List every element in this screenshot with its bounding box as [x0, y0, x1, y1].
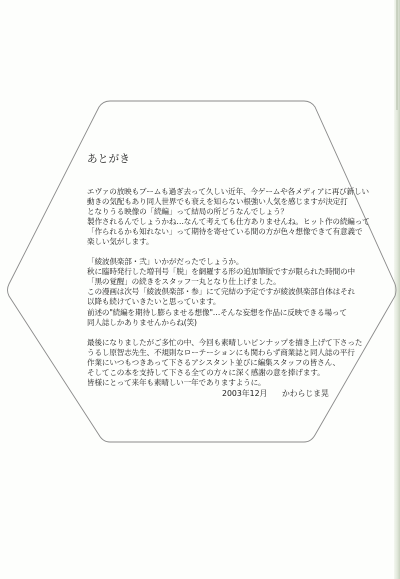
paragraph-1: エヴァの放映もブームも過ぎ去って久しい近年、今ゲームや各メディアに再び新しい 動… [87, 187, 347, 247]
text-line: 製作されるんでしょうかね…なんて考えても仕方ありませんね。ヒット作の続編って [87, 217, 347, 227]
text-line: 以降も続けていきたいと思っています。 [87, 297, 347, 307]
text-line: そしてこの本を支持して下さる全ての方々に深く感謝の意を捧げます。 [87, 368, 347, 378]
text-line: 同人誌しかありませんからね(笑) [87, 318, 347, 328]
paragraph-3: 最後になりましたがご多忙の中、今回も素晴しいピンナップを描き上げて下さった うる… [87, 338, 347, 388]
signature-date: 2003年12月 [222, 388, 267, 399]
text-line: 最後になりましたがご多忙の中、今回も素晴しいピンナップを描き上げて下さった [87, 338, 347, 348]
text-line: 皆様にとって来年も素晴しい一年でありますように。 [87, 378, 347, 388]
text-line: 動きの気配もあり同人世界でも衰えを知らない根強い人気を感じますが決定打 [87, 197, 347, 207]
text-line: 前述の"続編を期待し膨らませる想像"…そんな妄想を作品に反映できる場って [87, 308, 347, 318]
paragraph-2: 「綾波倶楽部・弐」いかがだったでしょうか。 秋に臨時発行した増刊号「脱」を網羅す… [87, 257, 347, 327]
text-line: 秋に臨時発行した増刊号「脱」を網羅する形の追加筆版ですが限られた時間の中 [87, 267, 347, 277]
text-line: この漫画は次号「綾波倶楽部・参」にて完結の予定ですが綾波倶楽部自体はそれ [87, 287, 347, 297]
text-line: 「黒の覚醒」の続きをスタッフ一丸となり仕上げました。 [87, 277, 347, 287]
signature-author: かわらじま晃 [282, 388, 329, 399]
afterword-title: あとがき [87, 151, 130, 166]
text-line: となりうる映像の「続編」って結局の所どうなんでしょう？ [87, 207, 347, 217]
text-line: 楽しい気がします。 [87, 237, 347, 247]
text-line: 「綾波倶楽部・弐」いかがだったでしょうか。 [87, 257, 347, 267]
text-line: 作業にいつもつきあって下さるアシスタント並びに編集スタッフの皆さん、 [87, 358, 347, 368]
afterword-body: エヴァの放映もブームも過ぎ去って久しい近年、今ゲームや各メディアに再び新しい 動… [87, 187, 347, 398]
text-line: 「作られるかも知れない」って期待を寄せている間の方が色々想像できて有意義で [87, 227, 347, 237]
text-line: うるし原智志先生、不規則なローテーションにも関わらず商業誌と同人誌の平行 [87, 348, 347, 358]
text-line: エヴァの放映もブームも過ぎ去って久しい近年、今ゲームや各メディアに再び新しい [87, 187, 347, 197]
